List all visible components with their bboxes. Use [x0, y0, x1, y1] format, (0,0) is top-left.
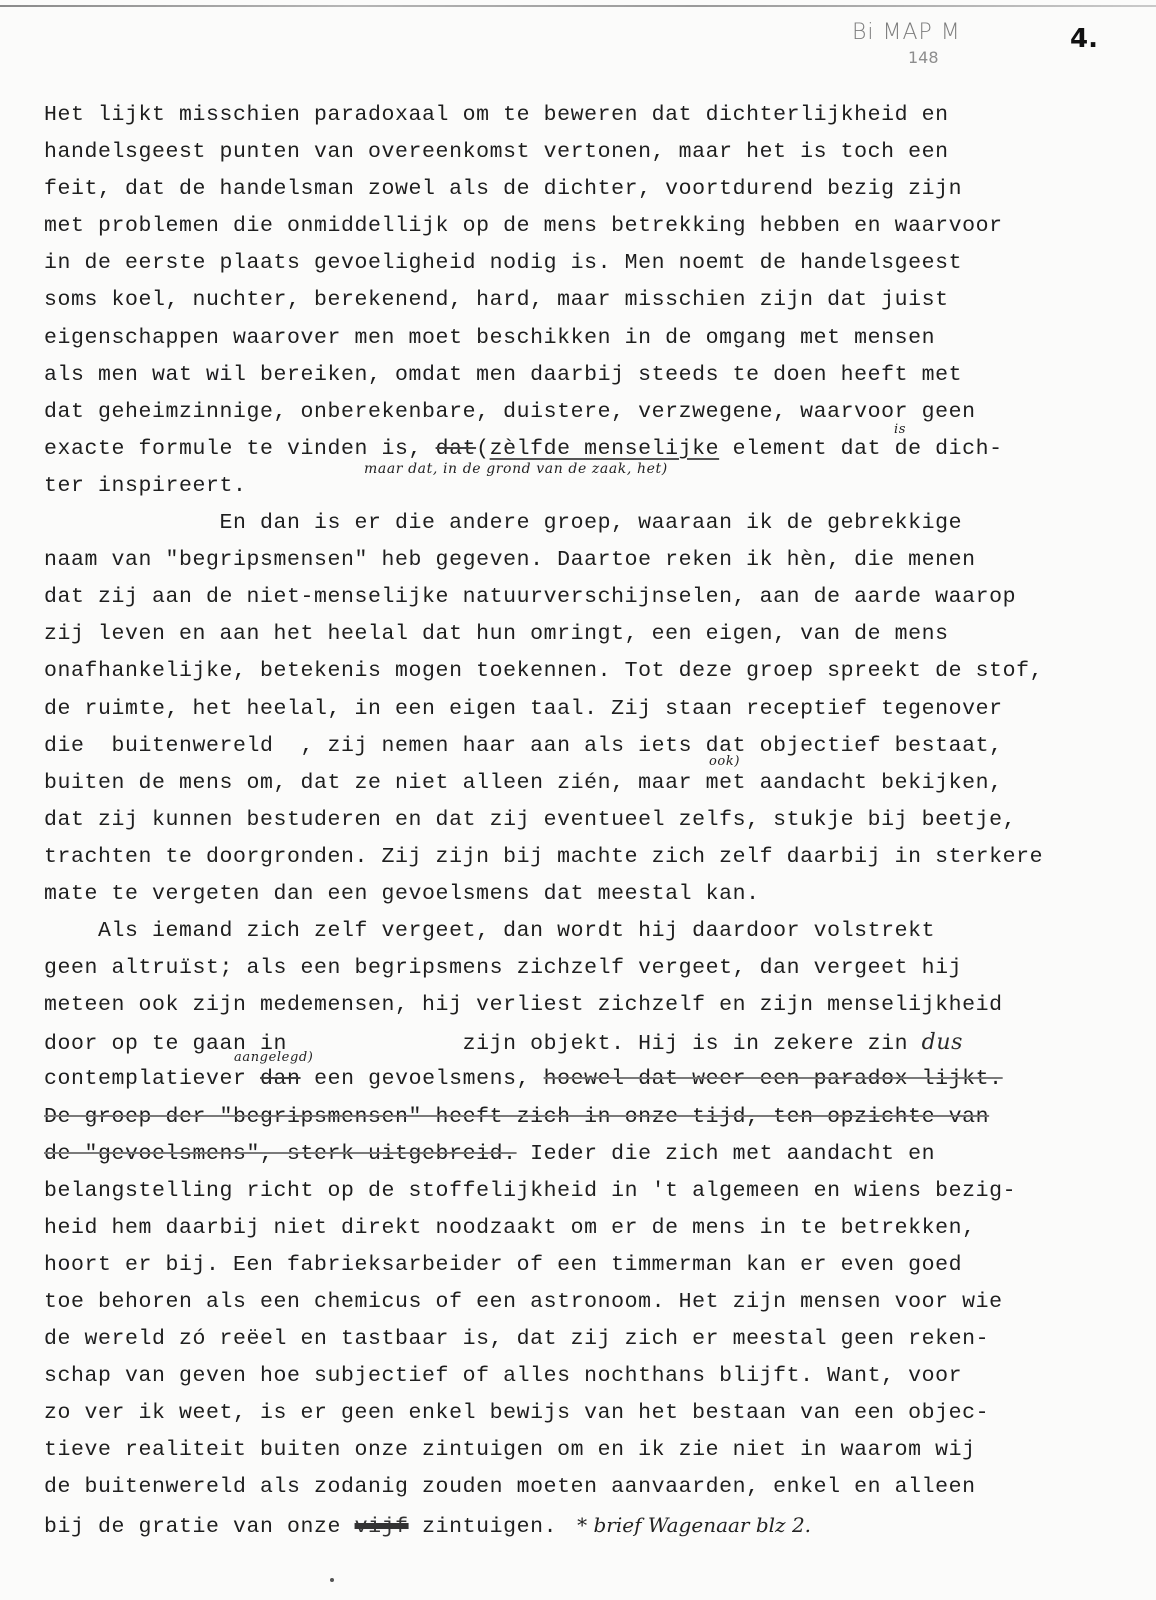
text-line-with-corrections: exacte formule te vinden is, dat(zèlfde …	[44, 431, 1124, 468]
text-line: eigenschappen waarover men moet beschikk…	[44, 320, 1124, 357]
text-line: feit, dat de handelsman zowel als de dic…	[44, 171, 1124, 208]
text-line: heid hem daarbij niet direkt noodzaakt o…	[44, 1210, 1124, 1247]
text-line-with-corrections: buiten de mens om, dat ze niet alleen zi…	[44, 765, 1124, 802]
handwritten-addition: dus	[922, 1030, 963, 1055]
line-text: door op te gaan in zijn objekt. Hij is i…	[44, 1032, 922, 1056]
text-line: meteen ook zijn medemensen, hij verliest…	[44, 987, 1124, 1024]
line-text: buiten de mens om, dat ze niet alleen zi…	[44, 771, 706, 795]
line-text: exacte formule te vinden is,	[44, 437, 436, 461]
line-text: element dat de dich-	[719, 437, 1003, 461]
struck-word: dan	[260, 1067, 301, 1091]
page-number: 4.	[1070, 24, 1098, 54]
text-line: dat zij aan de niet-menselijke natuurver…	[44, 579, 1124, 616]
scan-top-edge	[0, 5, 1156, 7]
handwritten-insertion: aangelegd)	[234, 1051, 313, 1065]
text-line-with-corrections: bij de gratie van onze vijf zintuigen.* …	[44, 1507, 1124, 1544]
text-line: Als iemand zich zelf vergeet, dan wordt …	[44, 913, 1124, 950]
text-line: toe behoren als een chemicus of een astr…	[44, 1284, 1124, 1321]
text-line: de buitenwereld als zodanig zouden moete…	[44, 1469, 1124, 1506]
handwritten-footnote: * brief Wagenaar blz 2.	[577, 1513, 811, 1537]
line-text: bij de gratie van onze	[44, 1515, 355, 1539]
line-text: contemplatiever	[44, 1067, 260, 1091]
handwritten-paren: (	[476, 437, 490, 461]
text-line: En dan is er die andere groep, waaraan i…	[44, 505, 1124, 542]
struck-line: De groep der "begripsmensen" heeft zich …	[44, 1099, 1124, 1136]
line-text: een gevoelsmens,	[301, 1067, 544, 1091]
text-line: zo ver ik weet, is er geen enkel bewijs …	[44, 1395, 1124, 1432]
text-line: ter inspireert.	[44, 468, 1124, 505]
handwritten-insertion: is	[894, 423, 906, 437]
text-line: zij leven en aan het heelal dat hun omri…	[44, 616, 1124, 653]
typescript-body: Het lijkt misschien paradoxaal om te bew…	[44, 97, 1124, 1544]
underlined-phrase: zèlfde menselijke	[490, 437, 720, 461]
text-line: die buitenwereld , zij nemen haar aan al…	[44, 728, 1124, 765]
blotted-word: vijf	[355, 1515, 409, 1539]
text-line: onafhankelijke, betekenis mogen toekenne…	[44, 653, 1124, 690]
text-line: als men wat wil bereiken, omdat men daar…	[44, 357, 1124, 394]
text-line: geen altruïst; als een begripsmens zichz…	[44, 950, 1124, 987]
text-line: tieve realiteit buiten onze zintuigen om…	[44, 1432, 1124, 1469]
text-line: soms koel, nuchter, berekenend, hard, ma…	[44, 282, 1124, 319]
text-line-with-corrections: de "gevoelsmens", sterk uitgebreid. Iede…	[44, 1136, 1124, 1173]
text-line: hoort er bij. Een fabrieksarbeider of ee…	[44, 1247, 1124, 1284]
struck-phrase: de "gevoelsmens", sterk uitgebreid.	[44, 1142, 517, 1166]
text-line: naam van "begripsmensen" heb gegeven. Da…	[44, 542, 1124, 579]
line-text: Ieder die zich met aandacht en	[517, 1142, 936, 1166]
text-line: Het lijkt misschien paradoxaal om te bew…	[44, 97, 1124, 134]
archive-reference: Bi MAP M	[852, 20, 961, 45]
struck-word: dat	[436, 437, 477, 461]
ink-speck	[330, 1578, 334, 1582]
text-line: dat geheimzinnige, onberekenbare, duiste…	[44, 394, 1124, 431]
text-line: dat zij kunnen bestuderen en dat zij eve…	[44, 802, 1124, 839]
text-line: in de eerste plaats gevoeligheid nodig i…	[44, 245, 1124, 282]
text-line: handelsgeest punten van overeenkomst ver…	[44, 134, 1124, 171]
text-line: mate te vergeten dan een gevoelsmens dat…	[44, 876, 1124, 913]
text-line: de ruimte, het heelal, in een eigen taal…	[44, 691, 1124, 728]
struck-phrase: De groep der "begripsmensen" heeft zich …	[44, 1105, 989, 1129]
handwritten-insertion: ook)	[709, 755, 740, 769]
text-line: trachten te doorgronden. Zij zijn bij ma…	[44, 839, 1124, 876]
line-text: met aandacht bekijken,	[706, 771, 1003, 795]
text-line: met problemen die onmiddellijk op de men…	[44, 208, 1124, 245]
text-line-with-corrections: door op te gaan in zijn objekt. Hij is i…	[44, 1024, 1124, 1061]
text-line: schap van geven hoe subjectief of alles …	[44, 1358, 1124, 1395]
archive-number: 148	[908, 48, 939, 67]
line-text: zintuigen.	[409, 1515, 558, 1539]
text-line-with-corrections: contemplatiever dan een gevoelsmens, hoe…	[44, 1061, 1124, 1098]
text-line: de wereld zó reëel en tastbaar is, dat z…	[44, 1321, 1124, 1358]
struck-phrase: hoewel dat weer een paradox lijkt.	[544, 1067, 1003, 1091]
text-line: belangstelling richt op de stoffelijkhei…	[44, 1173, 1124, 1210]
